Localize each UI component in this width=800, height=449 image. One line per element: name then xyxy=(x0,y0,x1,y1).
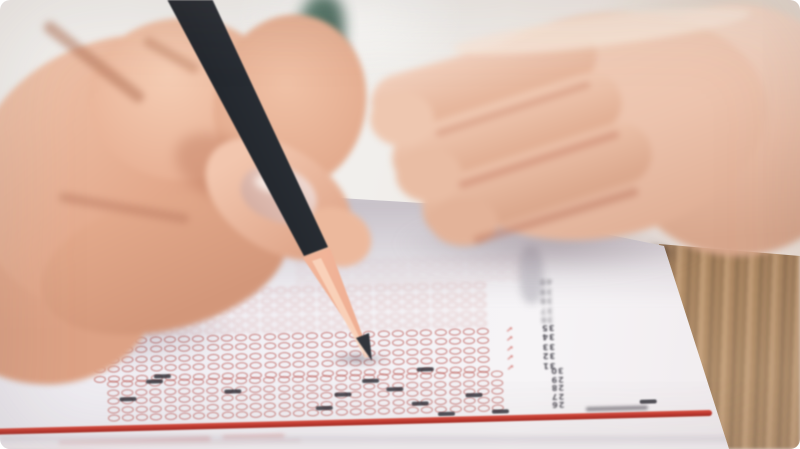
vignette xyxy=(0,0,800,449)
photo-scene: 403938373635✓34✓33✓32✓31✓3029282726 xyxy=(0,0,800,449)
